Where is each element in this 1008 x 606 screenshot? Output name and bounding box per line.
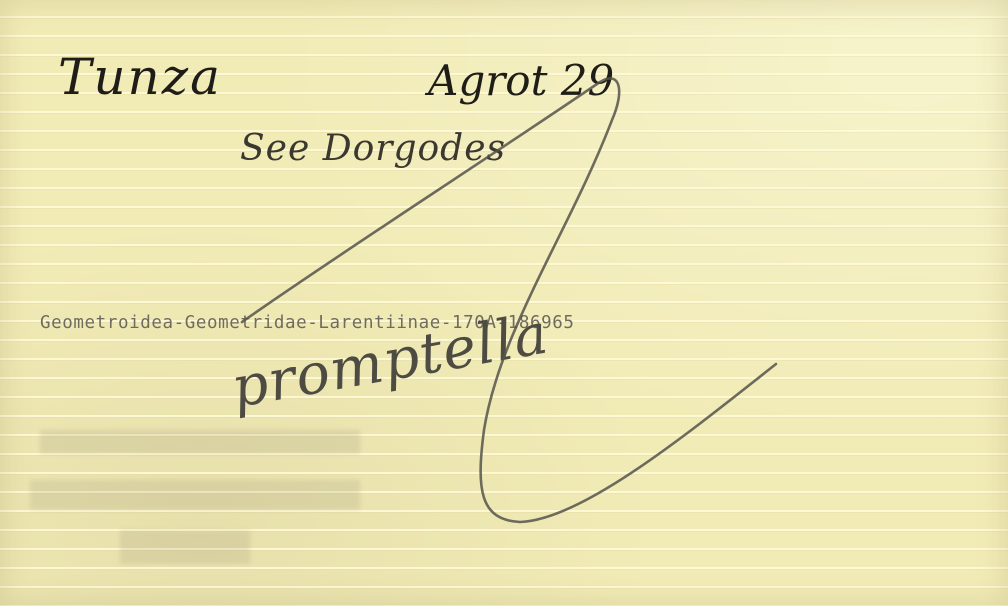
faded-mark (40, 430, 360, 454)
cross-reference: See Dorgodes (240, 128, 506, 169)
index-card: Tunza Agrot 29 See Dorgodes Geometroidea… (0, 0, 1008, 606)
author-note: Agrot 29 (428, 56, 614, 105)
faded-mark (30, 480, 360, 510)
genus-name: Tunza (58, 48, 222, 106)
faded-mark (120, 530, 250, 564)
